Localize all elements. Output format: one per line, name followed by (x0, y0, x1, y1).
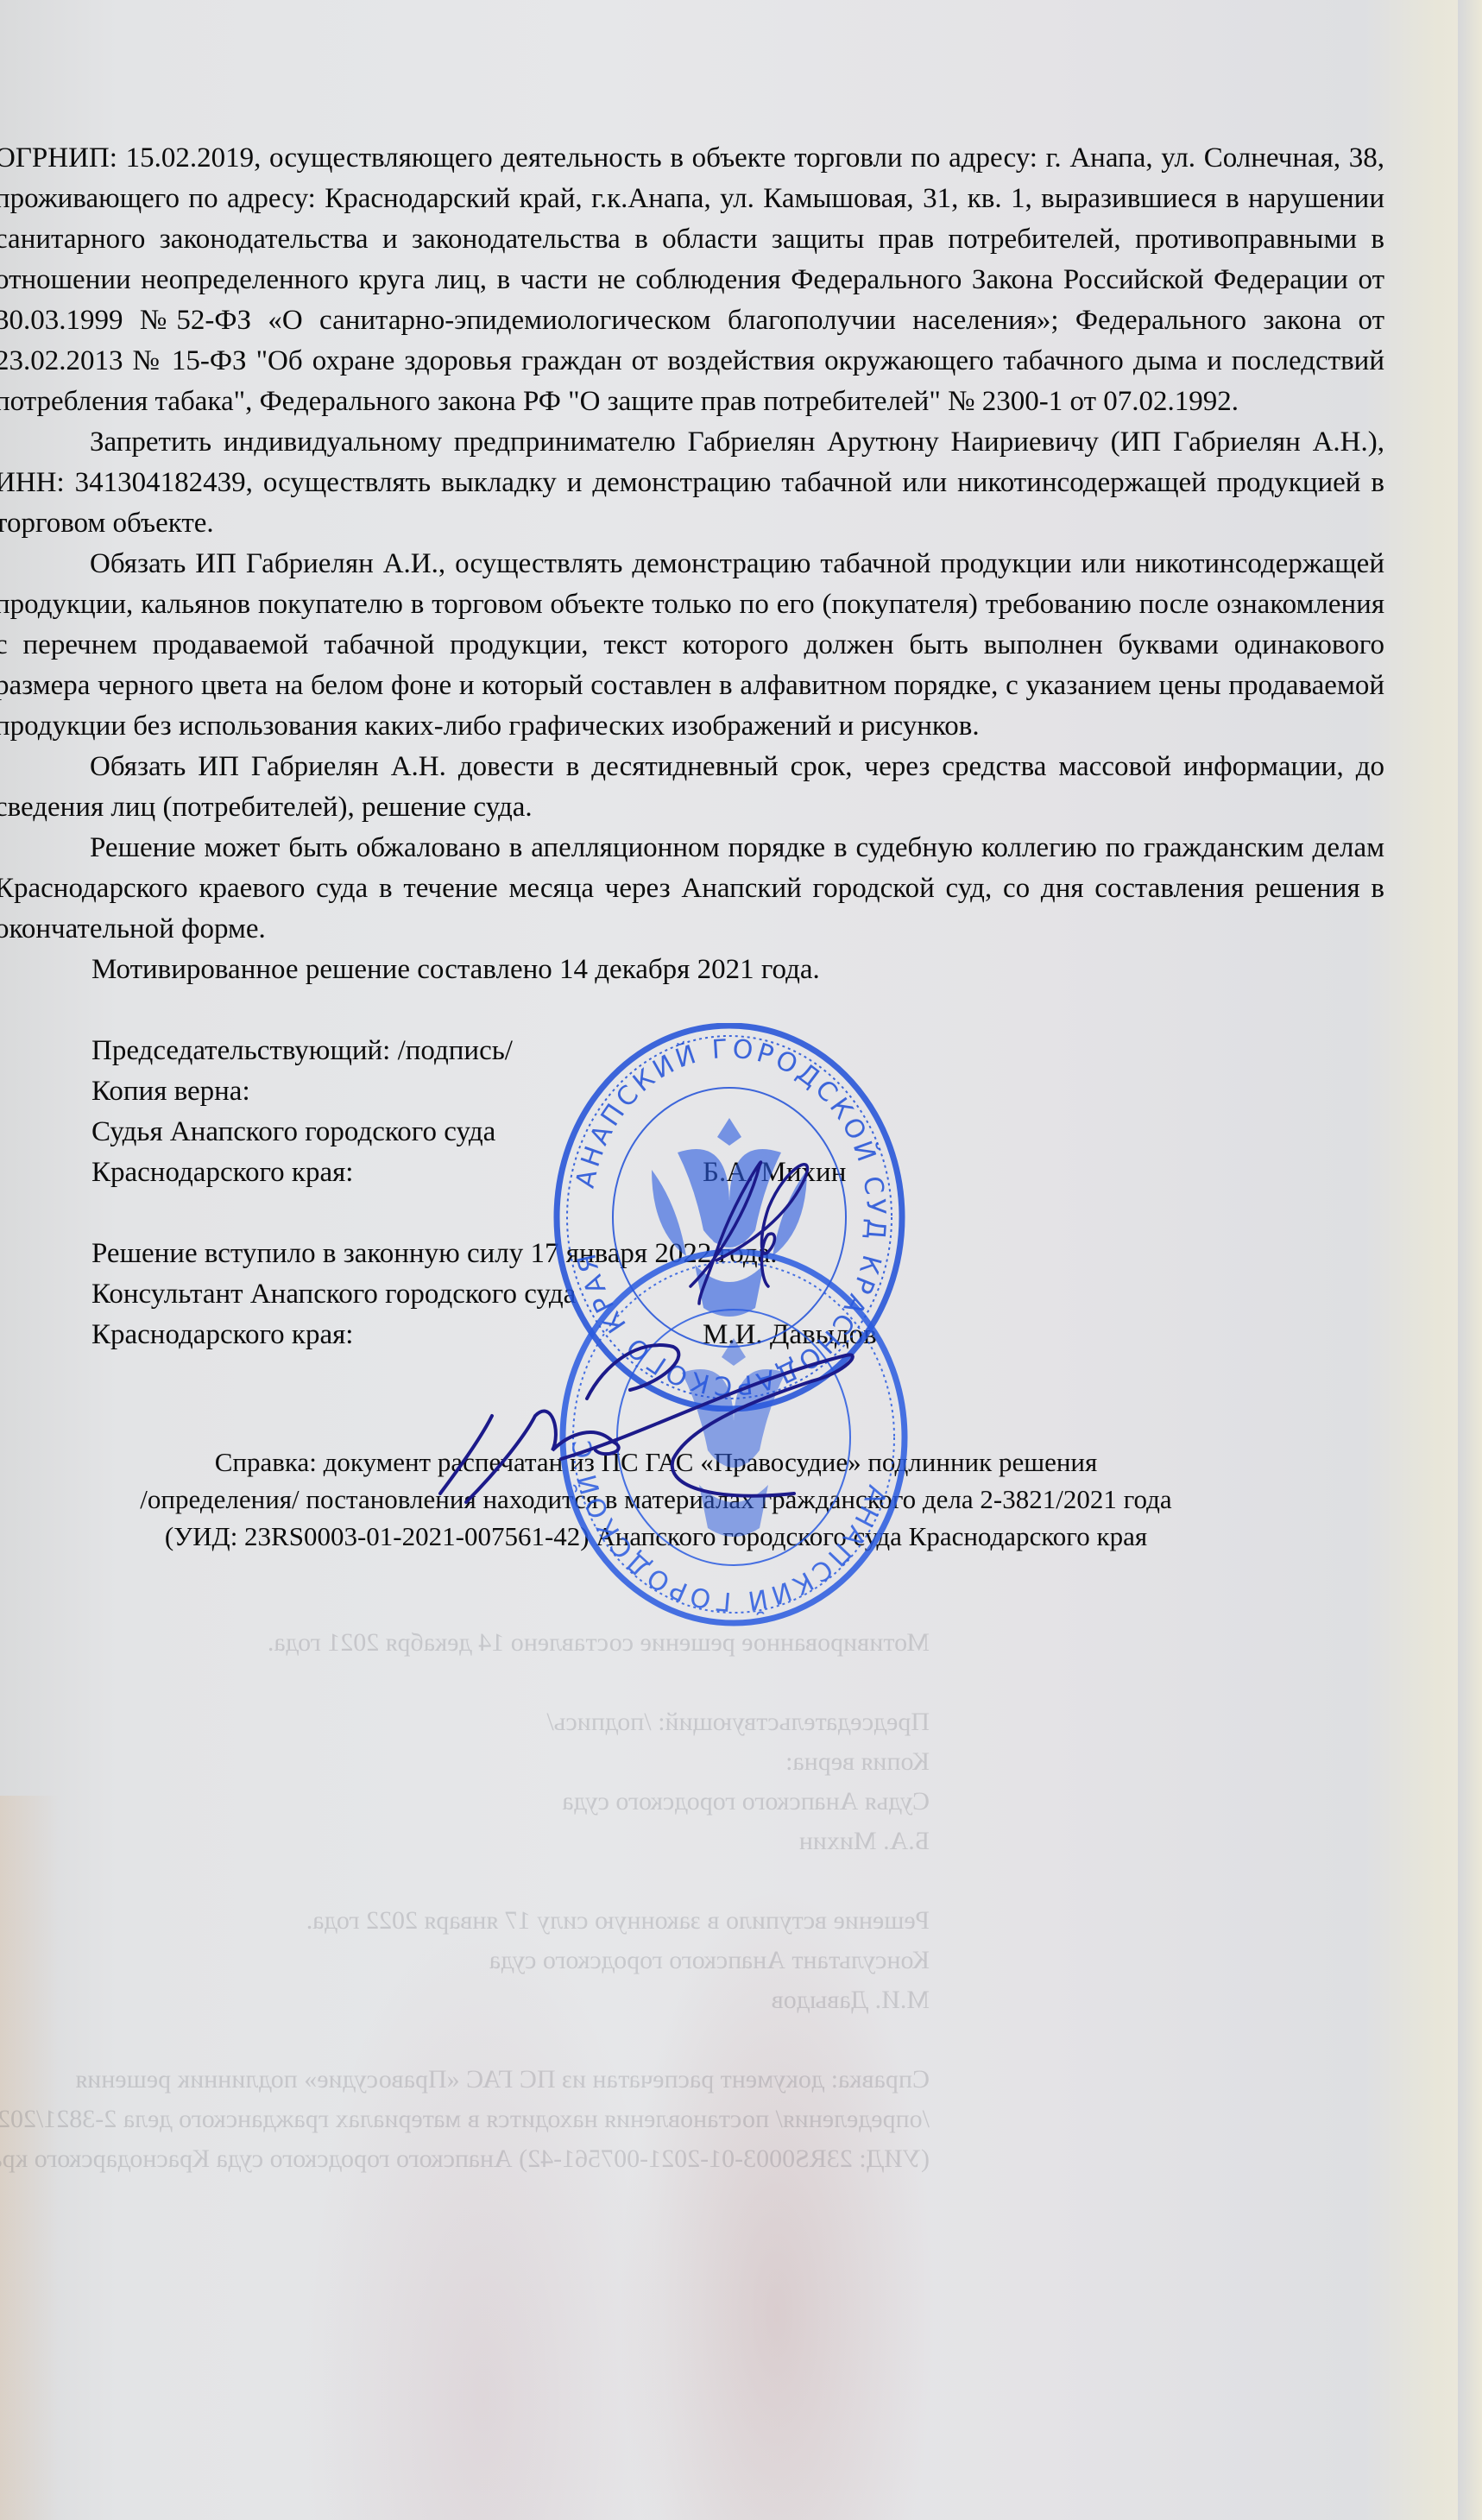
reference-note-line-2: /определения/ постановления находится в … (43, 1481, 1269, 1518)
paper-shading (0, 1796, 1482, 2520)
consultant-signature-row: Краснодарского края: М.И. Давыдов (0, 1315, 1384, 1355)
motivated-decision-date: Мотивированное решение составлено 14 дек… (0, 950, 1384, 990)
judge-signature-row: Краснодарского края: Б.А. Михин (0, 1153, 1384, 1193)
consultant-name: М.И. Давыдов (703, 1315, 877, 1355)
reference-note-line-3: (УИД: 23RS0003-01-2021-007561-42) Анапск… (43, 1518, 1269, 1555)
page-edge (1458, 0, 1482, 2520)
presiding-signature: Председательствующий: /подпись/ (0, 1031, 1384, 1071)
paragraph-oblige-demonstration: Обязать ИП Габриелян А.И., осуществлять … (0, 544, 1384, 747)
entered-force-date: Решение вступило в законную силу 17 янва… (0, 1234, 1384, 1274)
paragraph-appeal: Решение может быть обжаловано в апелляци… (0, 828, 1384, 950)
paragraph-prohibit-display: Запретить индивидуальному предпринимател… (0, 422, 1384, 544)
judge-title: Судья Анапского городского суда (0, 1112, 1384, 1153)
paragraph-oblige-publish: Обязать ИП Габриелян А.Н. довести в деся… (0, 747, 1384, 828)
judge-name: Б.А. Михин (703, 1153, 846, 1193)
paragraph-violations: ОГРНИП: 15.02.2019, осуществляющего деят… (0, 138, 1384, 422)
consultant-title: Консультант Анапского городского суда (0, 1274, 1384, 1315)
reference-note-line-1: Справка: документ распечатан из ПС ГАС «… (43, 1443, 1269, 1481)
consultant-region: Краснодарского края: (91, 1319, 353, 1350)
judge-region: Краснодарского края: (91, 1157, 353, 1188)
copy-true-label: Копия верна: (0, 1071, 1384, 1112)
court-decision-body: ОГРНИП: 15.02.2019, осуществляющего деят… (0, 138, 1384, 1355)
bleed-through-text: Мотивированное решение составлено 14 дек… (0, 1623, 1482, 2179)
reference-note: Справка: документ распечатан из ПС ГАС «… (43, 1443, 1269, 1555)
